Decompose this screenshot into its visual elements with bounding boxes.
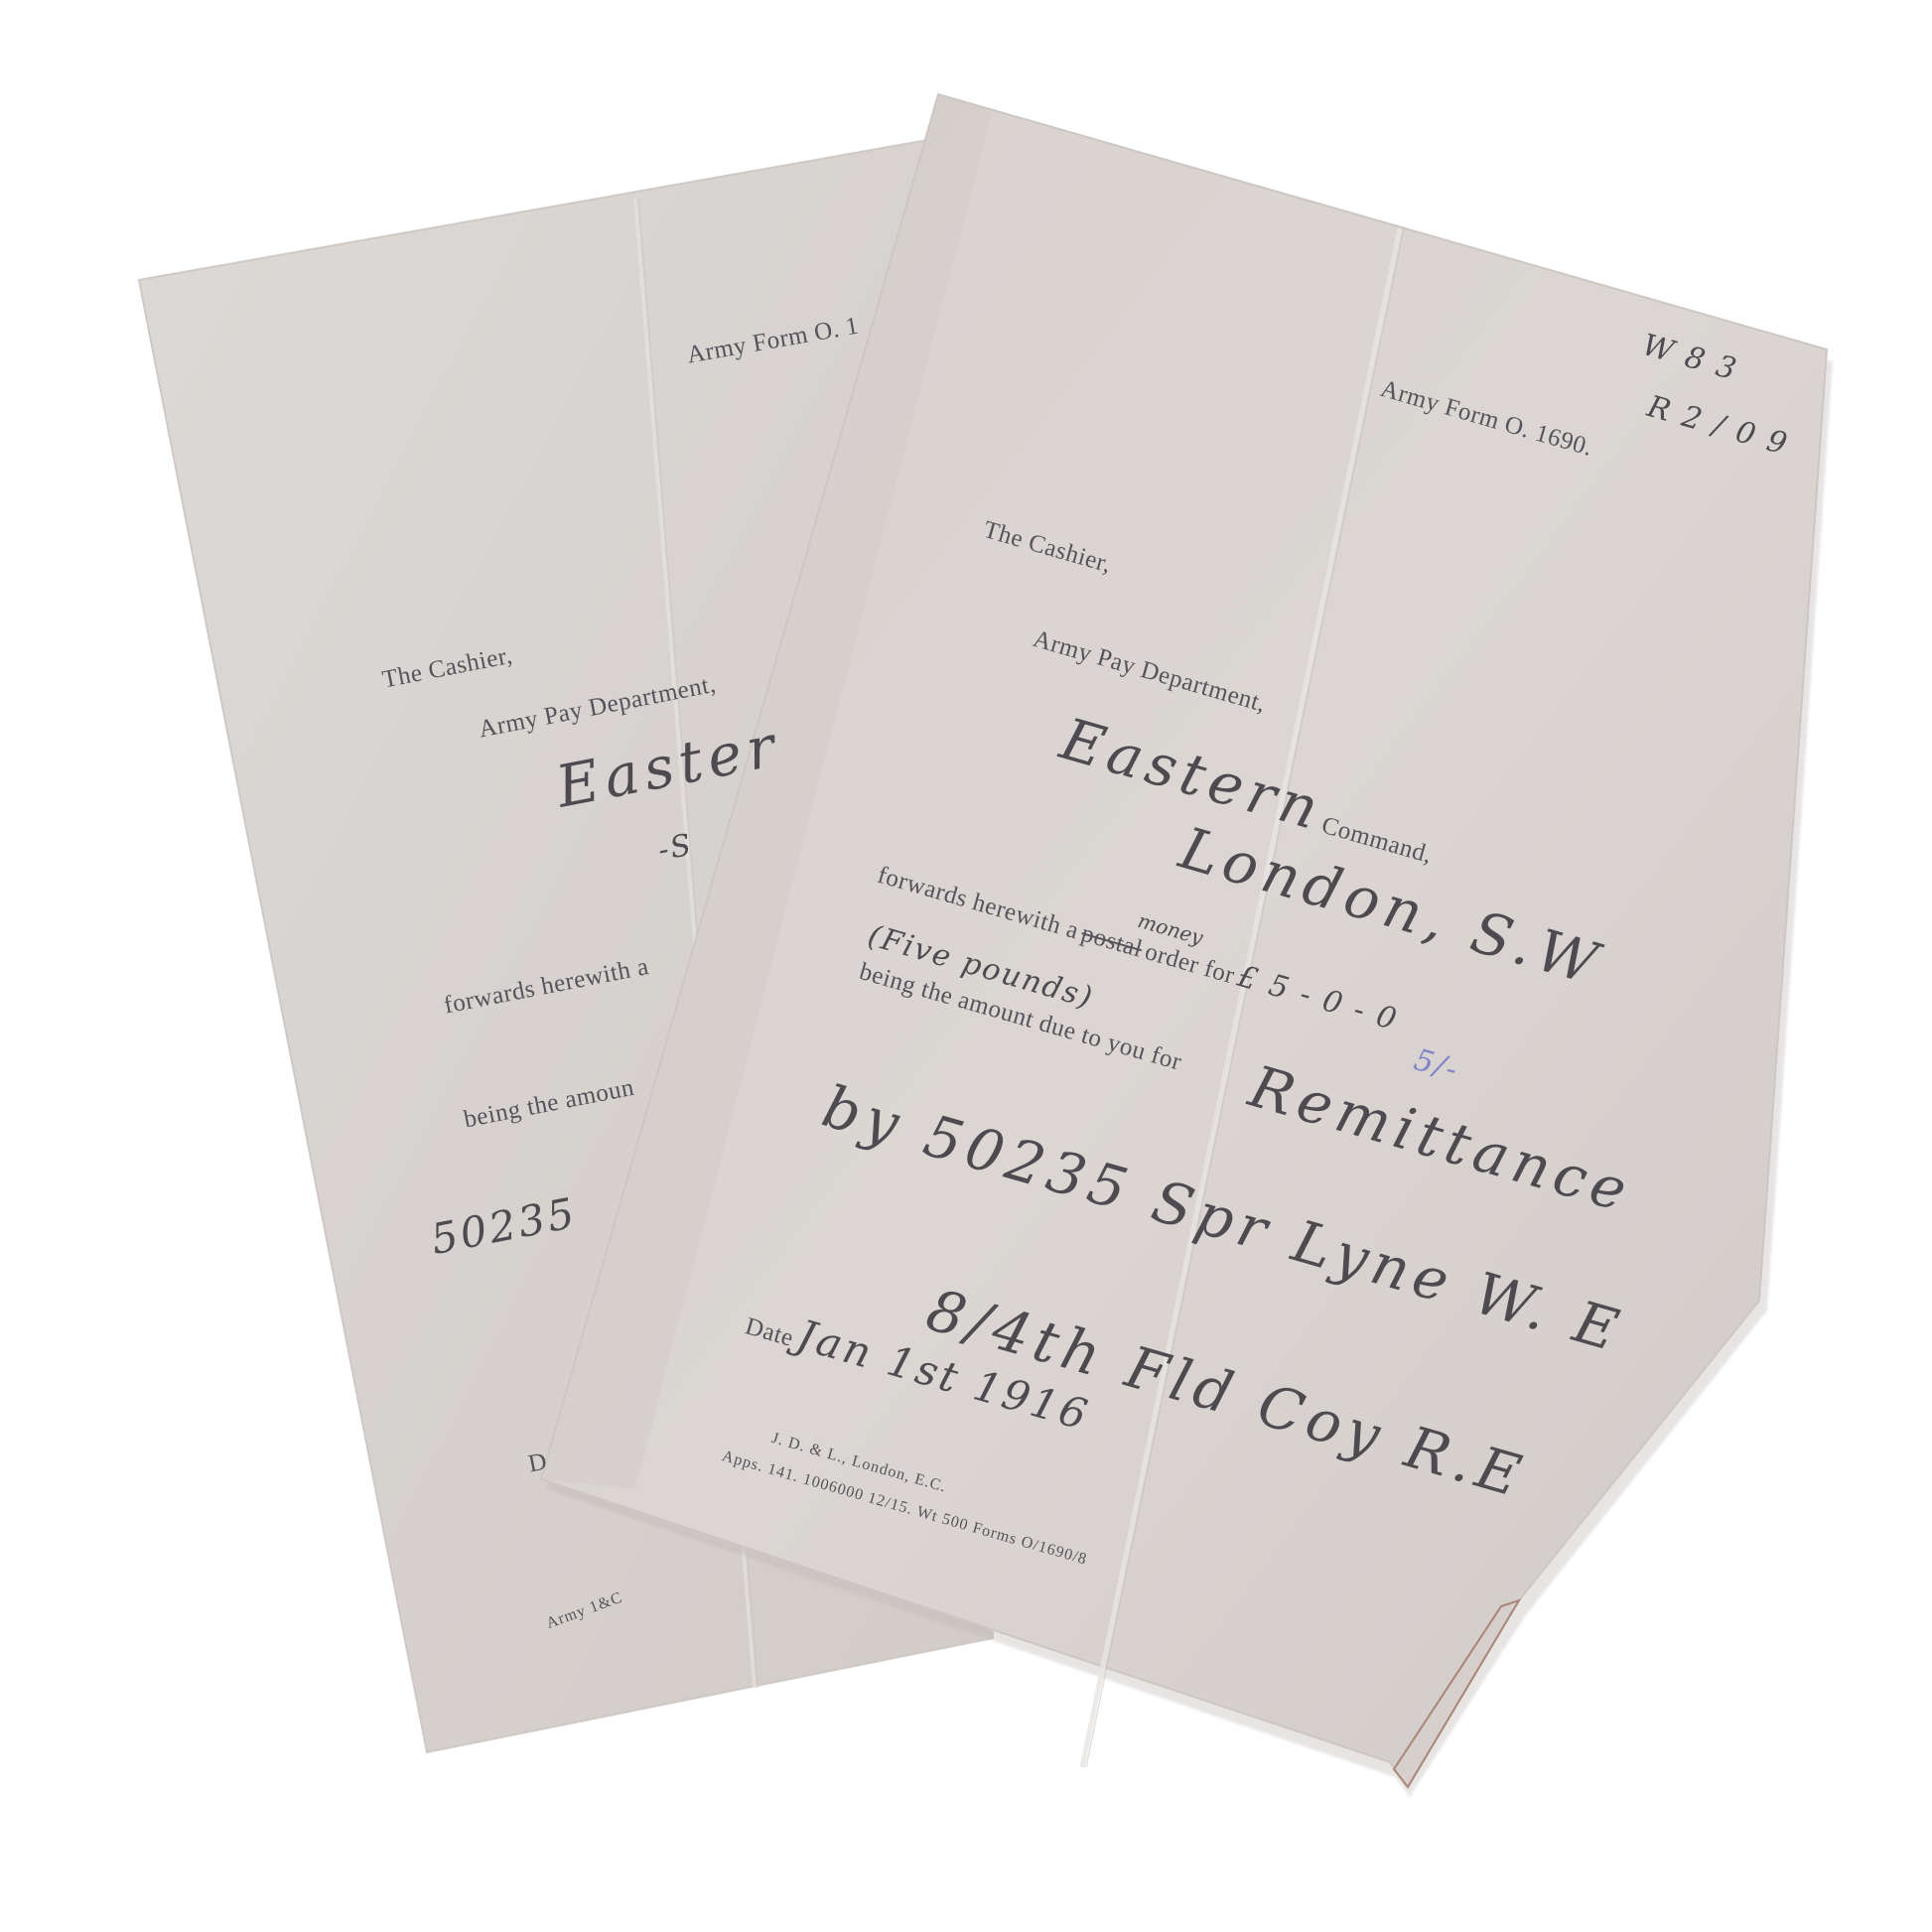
photo-stage: Army Form O. 1 The Cashier, Army Pay Dep… [0, 0, 1932, 1932]
back-location-handwritten: -S [655, 827, 696, 868]
